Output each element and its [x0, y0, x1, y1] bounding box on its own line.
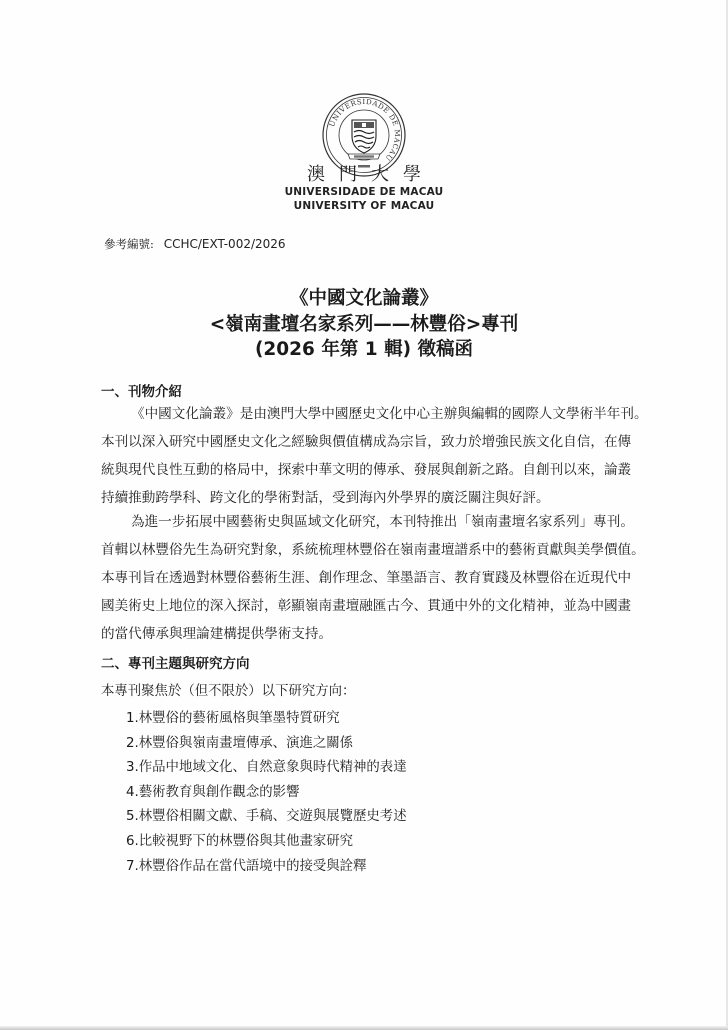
reference-value: CCHC/EXT-002/2026: [164, 237, 286, 251]
list-item: 3.作品中地域文化、自然意象與時代精神的表達: [126, 756, 407, 781]
list-item: 4.藝術教育與創作觀念的影響: [126, 781, 407, 806]
title-call-for-papers: (2026 年第 1 輯) 徵稿函: [0, 335, 728, 361]
university-name-english: UNIVERSITY OF MACAU: [0, 200, 728, 212]
paragraph-line: 《中國文化論叢》是由澳門大學中國歷史文化中心主辦與編輯的國際人文學術半年刊。: [101, 400, 641, 428]
paragraph-line: 的當代傳承與理論建構提供學術支持。: [101, 620, 641, 648]
paragraph-journal-intro: 《中國文化論叢》是由澳門大學中國歷史文化中心主辦與編輯的國際人文學術半年刊。 本…: [101, 400, 641, 512]
page-edge-bottom: [0, 1026, 728, 1030]
list-item: 7.林豐俗作品在當代語境中的接受與詮釋: [126, 855, 407, 880]
section-heading-research-topics: 二、專刊主題與研究方向: [101, 652, 250, 672]
list-item: 6.比較視野下的林豐俗與其他畫家研究: [126, 830, 407, 855]
research-topics-intro: 本專刊聚焦於（但不限於）以下研究方向：: [101, 680, 355, 699]
list-item: 2.林豐俗與嶺南畫壇傳承、演進之關係: [126, 732, 407, 757]
reference-number: 參考編號: CCHC/EXT-002/2026: [104, 236, 286, 252]
list-item: 1.林豐俗的藝術風格與筆墨特質研究: [126, 707, 407, 732]
section-heading-journal-intro: 一、刊物介紹: [101, 380, 182, 400]
title-special-issue: <嶺南畫壇名家系列——林豐俗>專刊: [0, 310, 728, 336]
paragraph-line: 國美術史上地位的深入探討，彰顯嶺南畫壇融匯古今、貫通中外的文化精神，並為中國畫: [101, 592, 641, 620]
paragraph-line: 為進一步拓展中國藝術史與區域文化研究，本刊特推出「嶺南畫壇名家系列」專刊。: [101, 508, 641, 536]
paragraph-line: 首輯以林豐俗先生為研究對象，系統梳理林豐俗在嶺南畫壇譜系中的藝術貢獻與美學價值。: [101, 536, 641, 564]
paragraph-line: 本刊以深入研究中國歷史文化之經驗與價值構成為宗旨，致力於增強民族文化自信，在傳: [101, 428, 641, 456]
title-journal-name: 《中國文化論叢》: [0, 284, 728, 310]
paragraph-line: 統與現代良性互動的格局中，探索中華文明的傳承、發展與創新之路。自創刊以來，論叢: [101, 456, 641, 484]
research-topics-list: 1.林豐俗的藝術風格與筆墨特質研究 2.林豐俗與嶺南畫壇傳承、演進之關係 3.作…: [126, 707, 407, 879]
paragraph-line: 本專刊旨在透過對林豐俗藝術生涯、創作理念、筆墨語言、教育實踐及林豐俗在近現代中: [101, 564, 641, 592]
university-name-chinese: 澳門大學: [0, 160, 728, 186]
university-name-portuguese: UNIVERSIDADE DE MACAU: [0, 186, 728, 198]
paragraph-special-issue-intro: 為進一步拓展中國藝術史與區域文化研究，本刊特推出「嶺南畫壇名家系列」專刊。 首輯…: [101, 508, 641, 648]
reference-label: 參考編號:: [104, 237, 154, 251]
letter-page: UNIVERSIDADE DE MACAU 澳門大學 UNIVERSIDADE …: [0, 0, 728, 1030]
list-item: 5.林豐俗相關文獻、手稿、交遊與展覽歷史考述: [126, 805, 407, 830]
